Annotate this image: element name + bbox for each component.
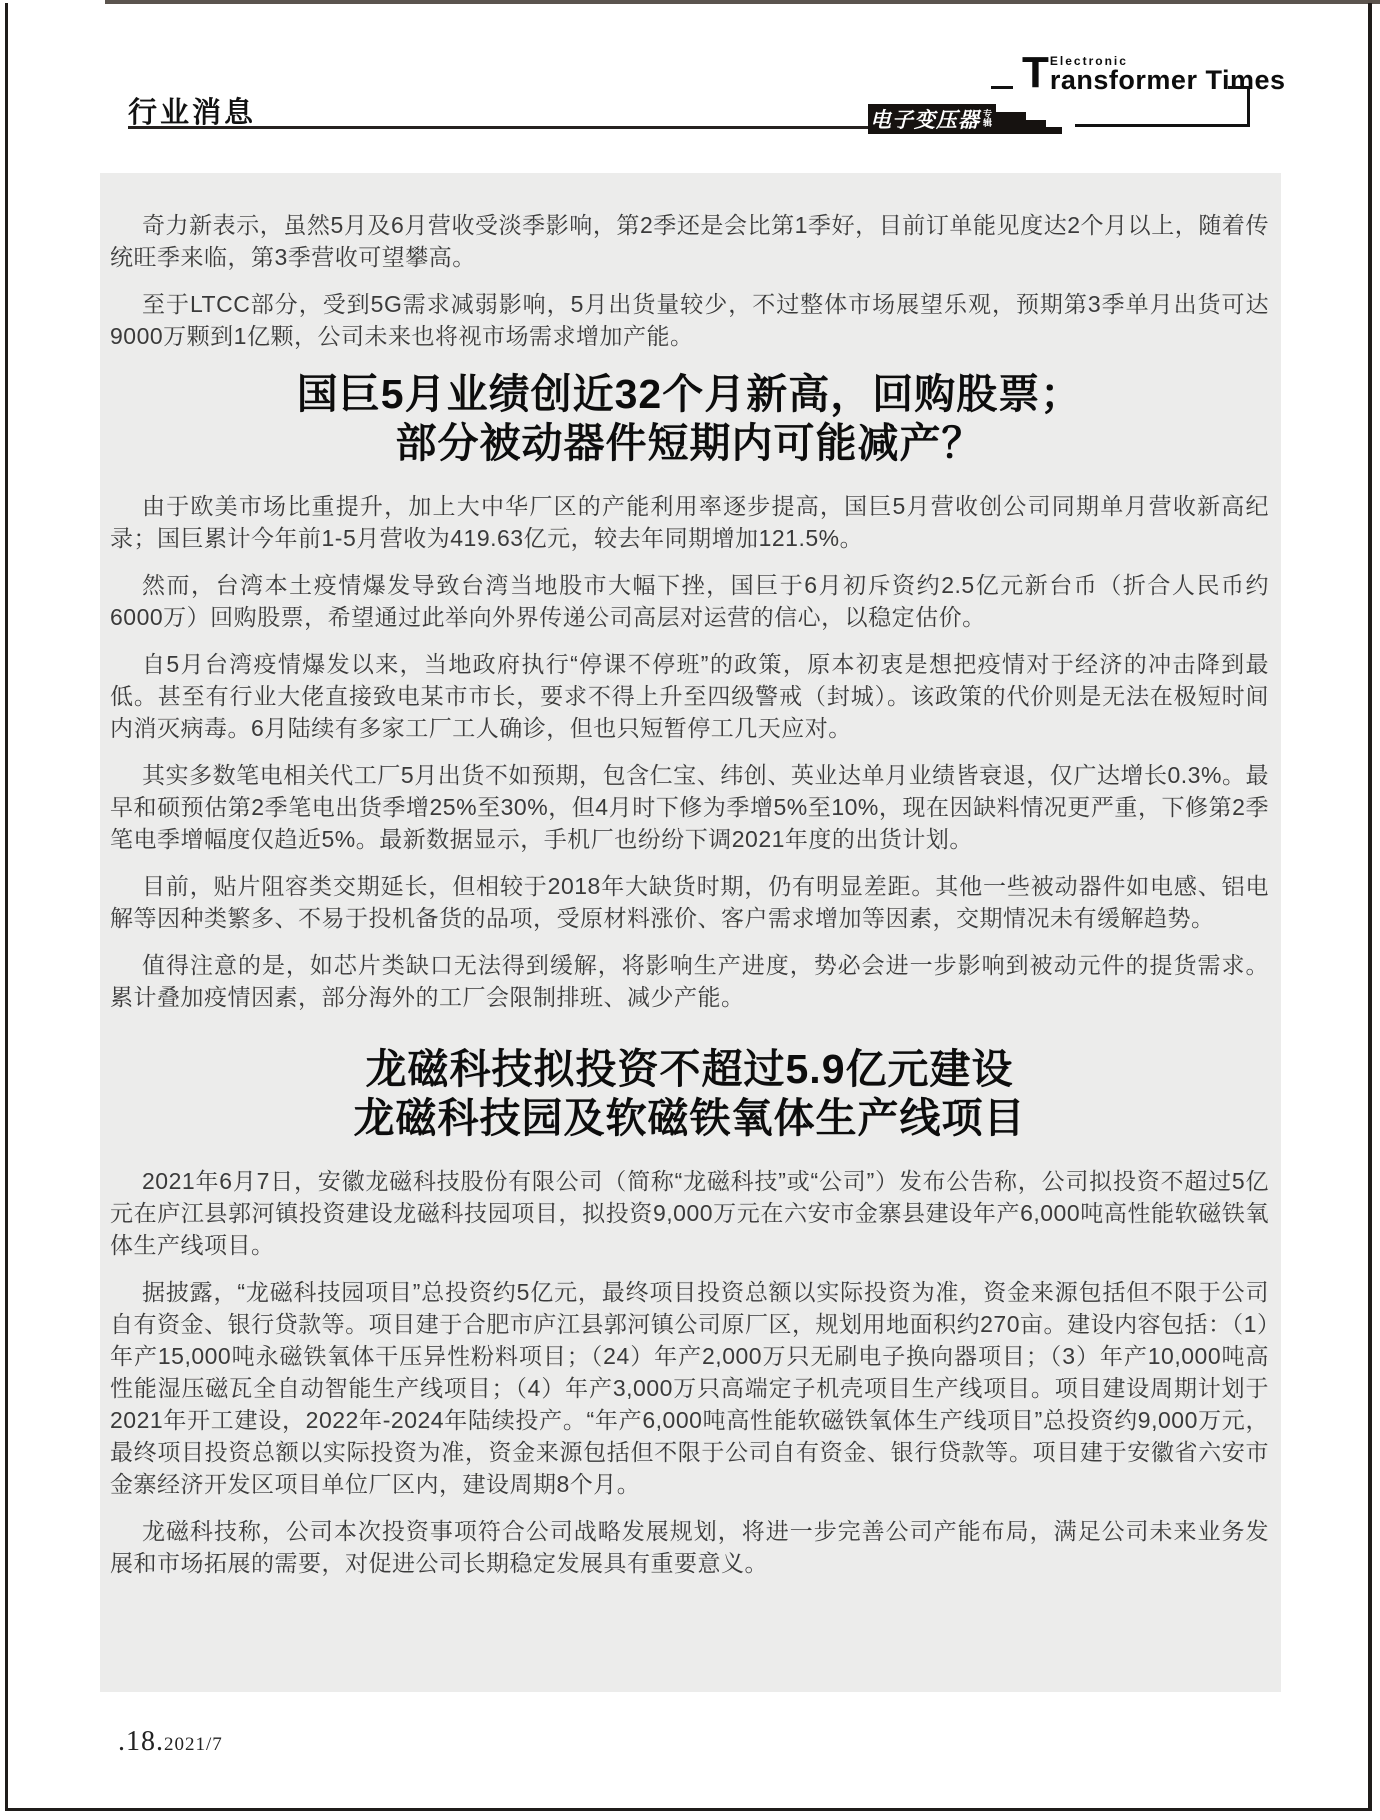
page-top-border bbox=[105, 0, 1380, 4]
article-paragraph: 2021年6月7日，安徽龙磁科技股份有限公司（简称“龙磁科技”或“公司”）发布公… bbox=[110, 1165, 1269, 1261]
logo-step-shape bbox=[1046, 127, 1062, 134]
article-paragraph: 目前，贴片阻容类交期延长，但相较于2018年大缺货时期，仍有明显差距。其他一些被… bbox=[110, 870, 1269, 934]
masthead-word-transformer-times: ransformer Times bbox=[1050, 67, 1286, 93]
logo-step-shape bbox=[1026, 120, 1046, 134]
article-heading-yageo: 国巨5月业绩创近32个月新高，回购股票； 部分被动器件短期内可能减产？ bbox=[110, 370, 1269, 468]
masthead-bracket-horizontal bbox=[1075, 124, 1250, 127]
article-paragraph: 据披露，“龙磁科技园项目”总投资约5亿元，最终项目投资总额以实际投资为准，资金来… bbox=[110, 1276, 1269, 1500]
article-paragraph: 其实多数笔电相关代工厂5月出货不如预期，包含仁宝、纬创、英业达单月业绩皆衰退，仅… bbox=[110, 759, 1269, 855]
article-paragraph: 然而，台湾本土疫情爆发导致台湾当地股市大幅下挫，国巨于6月初斥资约2.5亿元新台… bbox=[110, 569, 1269, 633]
issue-label: 2021/7 bbox=[164, 1734, 223, 1755]
masthead-bracket-vertical bbox=[1247, 86, 1250, 127]
page-number: .18. bbox=[118, 1726, 164, 1757]
article-heading-line: 国巨5月业绩创近32个月新高，回购股票； bbox=[110, 370, 1269, 419]
article-body-yageo: 由于欧美市场比重提升，加上大中华厂区的产能利用率逐步提高，国巨5月营收创公司同期… bbox=[110, 490, 1269, 1013]
article-content-area: 奇力新表示，虽然5月及6月营收受淡季影响，第2季还是会比第1季好，目前订单能见度… bbox=[100, 173, 1281, 1692]
masthead-left-dash bbox=[991, 86, 1013, 89]
section-title: 行业消息 bbox=[128, 90, 256, 131]
article-heading-line: 龙磁科技园及软磁铁氧体生产线项目 bbox=[110, 1094, 1269, 1143]
masthead-big-letter: T bbox=[1022, 53, 1049, 93]
article-paragraph: 由于欧美市场比重提升，加上大中华厂区的产能利用率逐步提高，国巨5月营收创公司同期… bbox=[110, 490, 1269, 554]
header-rule-line bbox=[128, 126, 868, 129]
magazine-page: 行业消息 电子变压器 专辑 T Electronic ransformer Ti… bbox=[0, 0, 1380, 1820]
article-paragraph: 龙磁科技称，公司本次投资事项符合公司战略发展规划，将进一步完善公司产能布局，满足… bbox=[110, 1515, 1269, 1579]
publication-logo-tag: 专辑 bbox=[983, 110, 994, 128]
article-heading-line: 龙磁科技拟投资不超过5.9亿元建设 bbox=[110, 1045, 1269, 1094]
publication-logo-text: 电子变压器 bbox=[870, 104, 980, 134]
article-paragraph: 奇力新表示，虽然5月及6月营收受淡季影响，第2季还是会比第1季好，目前订单能见度… bbox=[110, 209, 1269, 273]
article-paragraph: 自5月台湾疫情爆发以来，当地政府执行“停课不停班”的政策，原本初衷是想把疫情对于… bbox=[110, 648, 1269, 744]
article-heading-line: 部分被动器件短期内可能减产？ bbox=[110, 419, 1269, 468]
logo-step-shape bbox=[996, 112, 1026, 134]
publication-logo: 电子变压器 专辑 bbox=[868, 104, 996, 134]
article-paragraph: 至于LTCC部分，受到5G需求减弱影响，5月出货量较少，不过整体市场展望乐观，预… bbox=[110, 288, 1269, 352]
article-paragraph: 值得注意的是，如芯片类缺口无法得到缓解，将影响生产进度，势必会进一步影响到被动元… bbox=[110, 949, 1269, 1013]
page-footer: .18.2021/7 bbox=[118, 1726, 223, 1758]
article-continuation: 奇力新表示，虽然5月及6月营收受淡季影响，第2季还是会比第1季好，目前订单能见度… bbox=[110, 209, 1269, 352]
article-body-longci: 2021年6月7日，安徽龙磁科技股份有限公司（简称“龙磁科技”或“公司”）发布公… bbox=[110, 1165, 1269, 1579]
article-heading-longci: 龙磁科技拟投资不超过5.9亿元建设 龙磁科技园及软磁铁氧体生产线项目 bbox=[110, 1045, 1269, 1143]
